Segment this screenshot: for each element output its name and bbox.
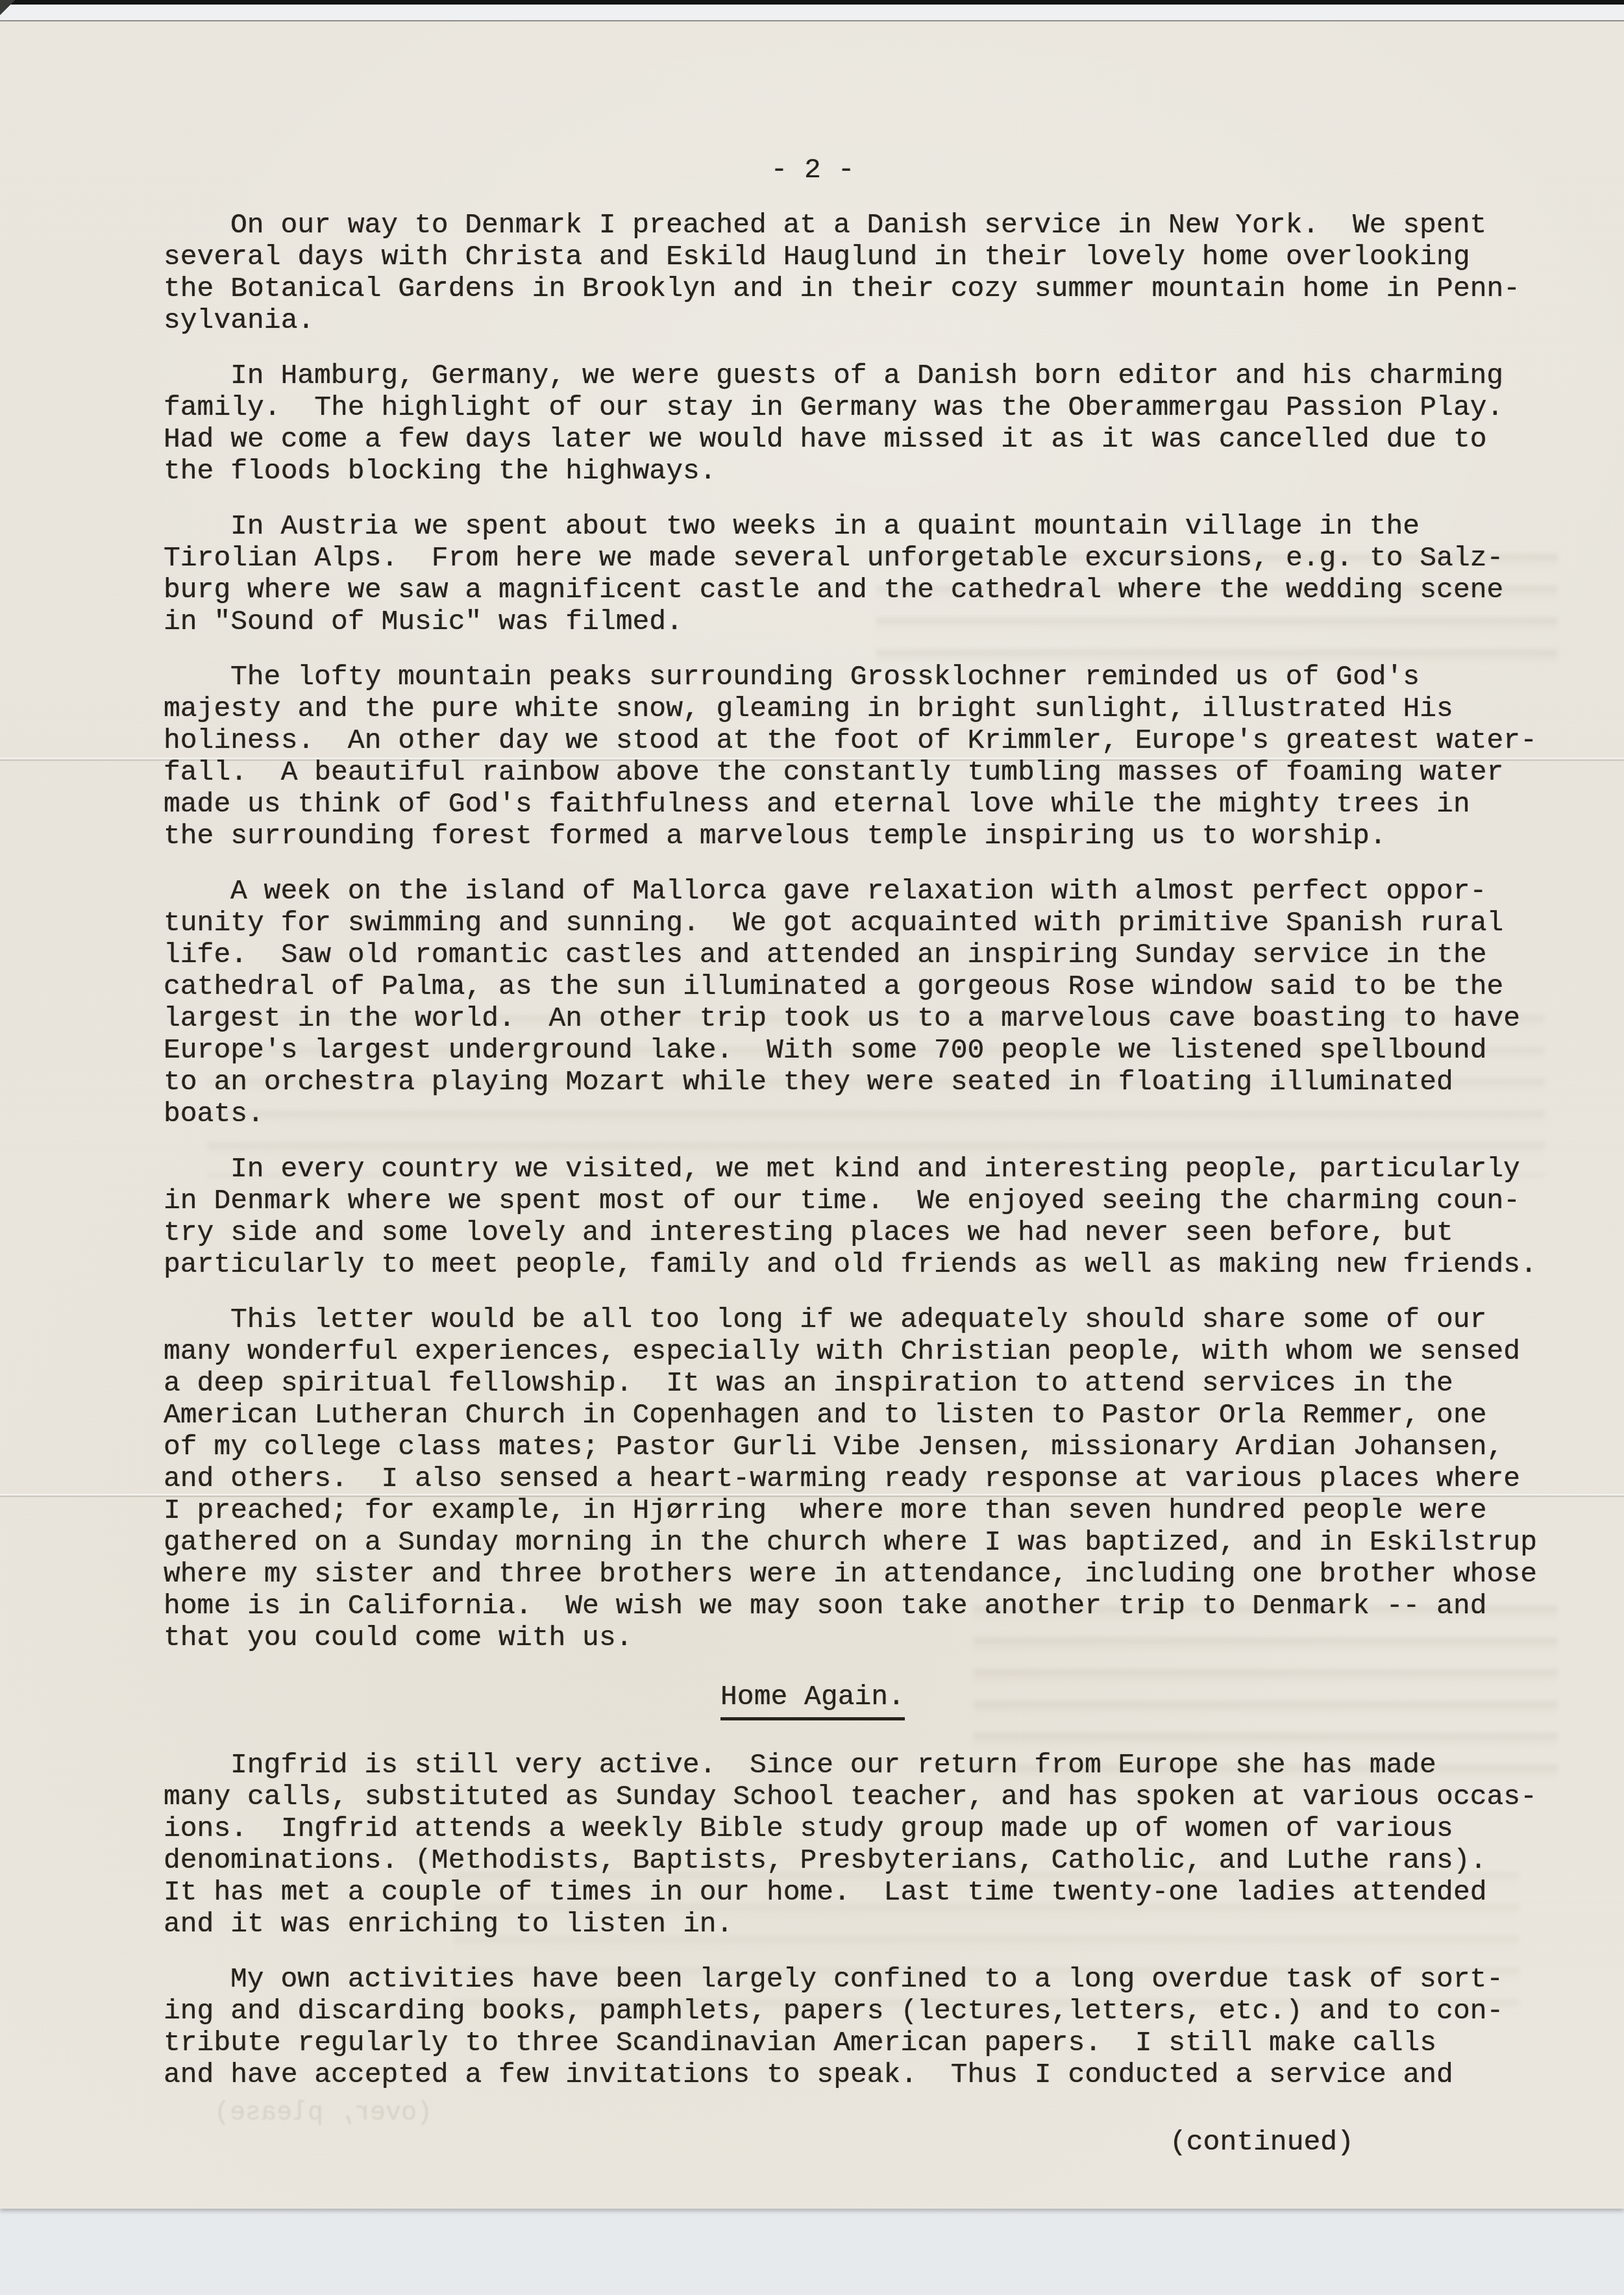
text-line: I preached; for example, in Hjørring whe… xyxy=(164,1495,1566,1526)
text-line: try side and some lovely and interesting… xyxy=(164,1217,1566,1248)
text-line: holiness. An other day we stood at the f… xyxy=(164,725,1566,756)
text-line: gathered on a Sunday morning in the chur… xyxy=(164,1526,1566,1558)
text-line: fall. A beautiful rainbow above the cons… xyxy=(164,756,1566,788)
text-line: and it was enriching to listen in. xyxy=(164,1908,1566,1940)
text-line: life. Saw old romantic castles and atten… xyxy=(164,939,1566,971)
text-line: largest in the world. An other trip took… xyxy=(164,1002,1566,1034)
text-line: My own activities have been largely conf… xyxy=(164,1963,1566,1995)
letter-body: On our way to Denmark I preached at a Da… xyxy=(164,209,1566,2090)
text-line: in Denmark where we spent most of our ti… xyxy=(164,1185,1566,1217)
text-line: ing and discarding books, pamphlets, pap… xyxy=(164,1995,1566,2027)
text-line: many calls, substituted as Sunday School… xyxy=(164,1781,1566,1813)
page-number: - 2 - xyxy=(164,154,1462,186)
text-line: denominations. (Methodists, Baptists, Pr… xyxy=(164,1844,1566,1876)
paragraph: In every country we visited, we met kind… xyxy=(164,1153,1566,1280)
text-line: Had we come a few days later we would ha… xyxy=(164,423,1566,455)
text-line: ions. Ingfrid attends a weekly Bible stu… xyxy=(164,1813,1566,1844)
text-line: This letter would be all too long if we … xyxy=(164,1304,1566,1335)
text-line: tribute regularly to three Scandinavian … xyxy=(164,2027,1566,2059)
text-line: Ingfrid is still very active. Since our … xyxy=(164,1749,1566,1781)
text-line: and have accepted a few invitations to s… xyxy=(164,2059,1566,2090)
text-line: particularly to meet people, family and … xyxy=(164,1248,1566,1280)
text-line: in "Sound of Music" was filmed. xyxy=(164,606,1566,638)
text-line: home is in California. We wish we may so… xyxy=(164,1590,1566,1622)
typewritten-content: - 2 - On our way to Denmark I preached a… xyxy=(164,154,1566,2158)
text-line: that you could come with us. xyxy=(164,1622,1566,1654)
continued-label: (continued) xyxy=(164,2126,1566,2158)
scanner-background-top xyxy=(0,0,1624,21)
letter-page: - 2 - On our way to Denmark I preached a… xyxy=(0,21,1624,2209)
text-line: burg where we saw a magnificent castle a… xyxy=(164,574,1566,606)
text-line: sylvania. xyxy=(164,304,1566,336)
text-line: cathedral of Palma, as the sun illuminat… xyxy=(164,971,1566,1002)
text-line: In Austria we spent about two weeks in a… xyxy=(164,510,1566,542)
text-line: of my college class mates; Pastor Gurli … xyxy=(164,1431,1566,1463)
text-line: the floods blocking the highways. xyxy=(164,455,1566,487)
paragraph: On our way to Denmark I preached at a Da… xyxy=(164,209,1566,336)
section-heading-text: Home Again. xyxy=(720,1681,905,1720)
text-line: family. The highlight of our stay in Ger… xyxy=(164,391,1566,423)
text-line: A week on the island of Mallorca gave re… xyxy=(164,875,1566,907)
paragraph: In Hamburg, Germany, we were guests of a… xyxy=(164,360,1566,487)
text-line: Tirolian Alps. From here we made several… xyxy=(164,542,1566,574)
text-line: majesty and the pure white snow, gleamin… xyxy=(164,693,1566,725)
paragraph: The lofty mountain peaks surrounding Gro… xyxy=(164,661,1566,852)
text-line: boats. xyxy=(164,1098,1566,1130)
text-line: It has met a couple of times in our home… xyxy=(164,1876,1566,1908)
text-line: a deep spiritual fellowship. It was an i… xyxy=(164,1367,1566,1399)
text-line: where my sister and three brothers were … xyxy=(164,1558,1566,1590)
paragraph: In Austria we spent about two weeks in a… xyxy=(164,510,1566,638)
paragraph: This letter would be all too long if we … xyxy=(164,1304,1566,1654)
text-line: In Hamburg, Germany, we were guests of a… xyxy=(164,360,1566,391)
text-line: American Lutheran Church in Copenhagen a… xyxy=(164,1399,1566,1431)
text-line: the surrounding forest formed a marvelou… xyxy=(164,820,1566,852)
ghost-note-over-please: (over, please) xyxy=(214,2099,432,2128)
text-line: On our way to Denmark I preached at a Da… xyxy=(164,209,1566,241)
section-heading: Home Again. xyxy=(164,1681,1462,1720)
text-line: tunity for swimming and sunning. We got … xyxy=(164,907,1566,939)
text-line: In every country we visited, we met kind… xyxy=(164,1153,1566,1185)
text-line: The lofty mountain peaks surrounding Gro… xyxy=(164,661,1566,693)
paragraph: Ingfrid is still very active. Since our … xyxy=(164,1749,1566,1940)
text-line: Europe's largest underground lake. With … xyxy=(164,1034,1566,1066)
paragraph: My own activities have been largely conf… xyxy=(164,1963,1566,2090)
text-line: made us think of God's faithfulness and … xyxy=(164,788,1566,820)
text-line: to an orchestra playing Mozart while the… xyxy=(164,1066,1566,1098)
text-line: several days with Christa and Eskild Hau… xyxy=(164,241,1566,273)
text-line: and others. I also sensed a heart-warmin… xyxy=(164,1463,1566,1495)
text-line: the Botanical Gardens in Brooklyn and in… xyxy=(164,273,1566,304)
text-line: many wonderful experiences, especially w… xyxy=(164,1335,1566,1367)
paragraph: A week on the island of Mallorca gave re… xyxy=(164,875,1566,1130)
